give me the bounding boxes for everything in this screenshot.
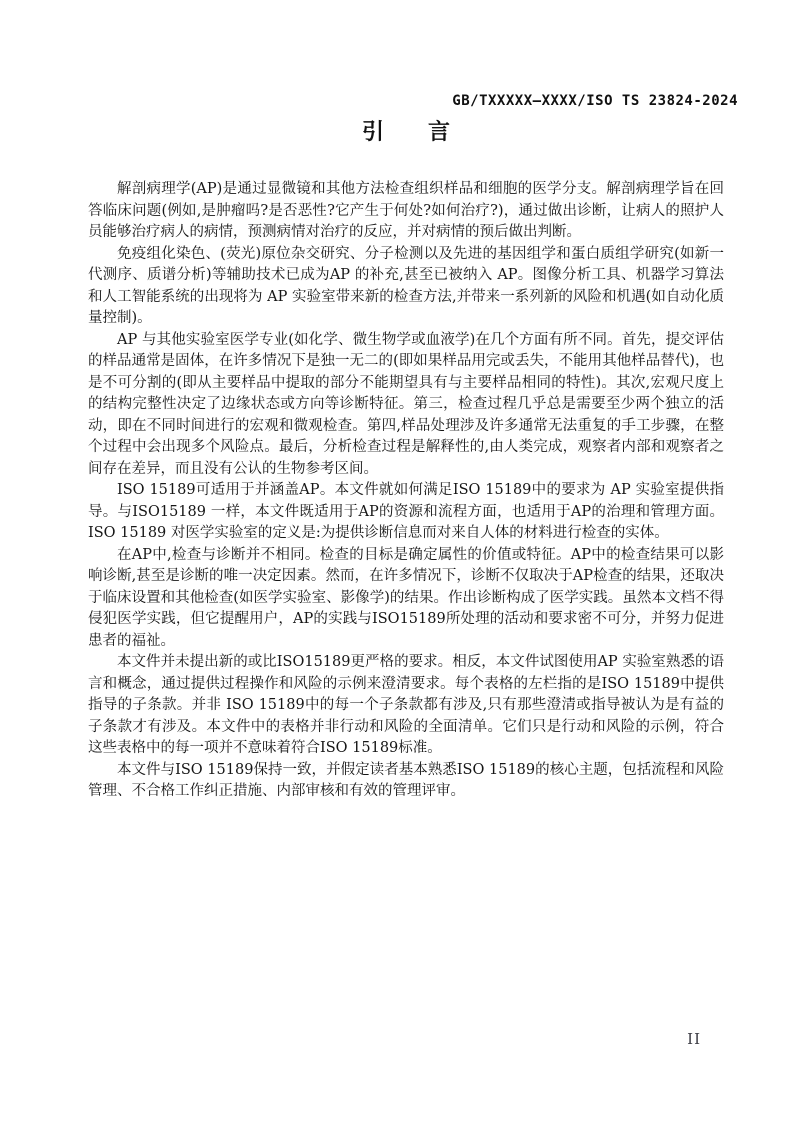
page-title: 引 言 (88, 115, 724, 146)
document-page: GB/TXXXXX—XXXX/ISO TS 23824-2024 引 言 解剖病… (0, 0, 793, 1122)
paragraph: ISO 15189可适用于并涵盖AP。本文件就如何满足ISO 15189中的要求… (88, 480, 724, 545)
paragraph: 在AP中,检查与诊断并不相同。检查的目标是确定属性的价值或特征。AP中的检查结果… (88, 545, 724, 653)
document-body: 解剖病理学(AP)是通过显微镜和其他方法检查组织样品和细胞的医学分支。解剖病理学… (88, 179, 724, 803)
paragraph: 免疫组化染色、(荧光)原位杂交研究、分子检测以及先进的基因组学和蛋白质组学研究(… (88, 244, 724, 330)
standard-code-header: GB/TXXXXX—XXXX/ISO TS 23824-2024 (452, 93, 738, 109)
paragraph: 本文件并未提出新的或比ISO15189更严格的要求。相反，本文件试图使用AP 实… (88, 652, 724, 760)
page-number: II (687, 1030, 701, 1048)
paragraph: 解剖病理学(AP)是通过显微镜和其他方法检查组织样品和细胞的医学分支。解剖病理学… (88, 179, 724, 244)
paragraph: 本文件与ISO 15189保持一致，并假定读者基本熟悉ISO 15189的核心主… (88, 760, 724, 803)
paragraph: AP 与其他实验室医学专业(如化学、微生物学或血液学)在几个方面有所不同。首先，… (88, 330, 724, 481)
